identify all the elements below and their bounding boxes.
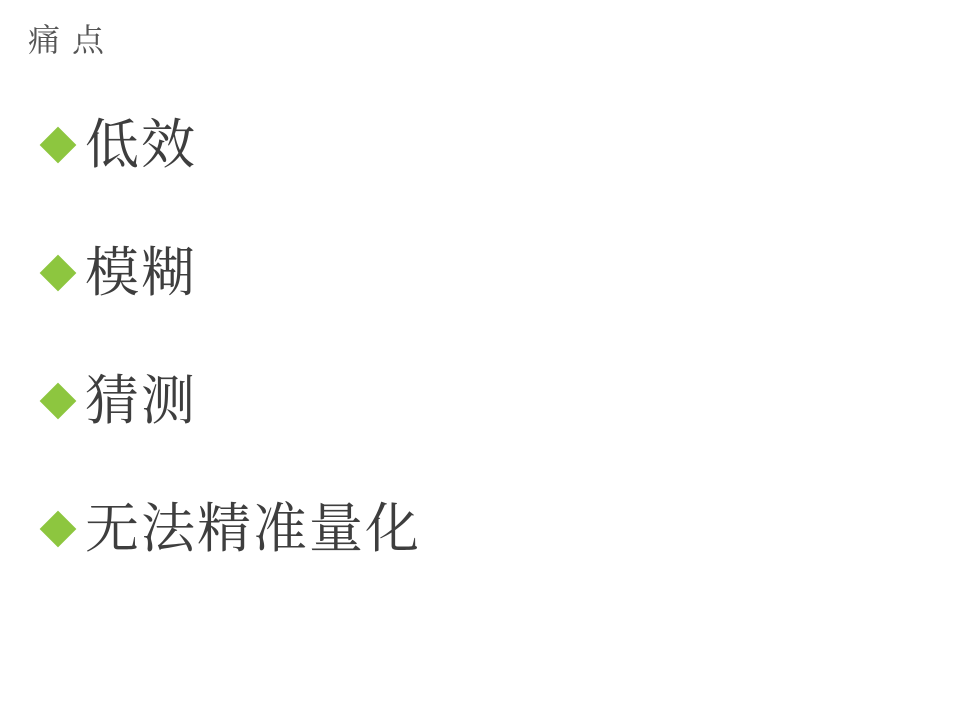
bullet-label: 低效 <box>85 118 197 172</box>
diamond-bullet-icon <box>40 383 77 420</box>
bullet-label: 无法精准量化 <box>85 502 421 556</box>
bullet-item: 猜测 <box>0 337 960 465</box>
diamond-bullet-icon <box>40 255 77 292</box>
slide-title: 痛点 <box>28 22 116 59</box>
diamond-bullet-icon <box>40 511 77 548</box>
bullet-item: 无法精准量化 <box>0 465 960 593</box>
bullet-list: 低效 模糊 猜测 无法精准量化 <box>0 81 960 593</box>
bullet-item: 低效 <box>0 81 960 209</box>
slide: 痛点 低效 模糊 猜测 无法精准量化 <box>0 0 960 720</box>
bullet-label: 猜测 <box>85 374 197 428</box>
bullet-item: 模糊 <box>0 209 960 337</box>
diamond-bullet-icon <box>40 127 77 164</box>
bullet-label: 模糊 <box>85 246 197 300</box>
